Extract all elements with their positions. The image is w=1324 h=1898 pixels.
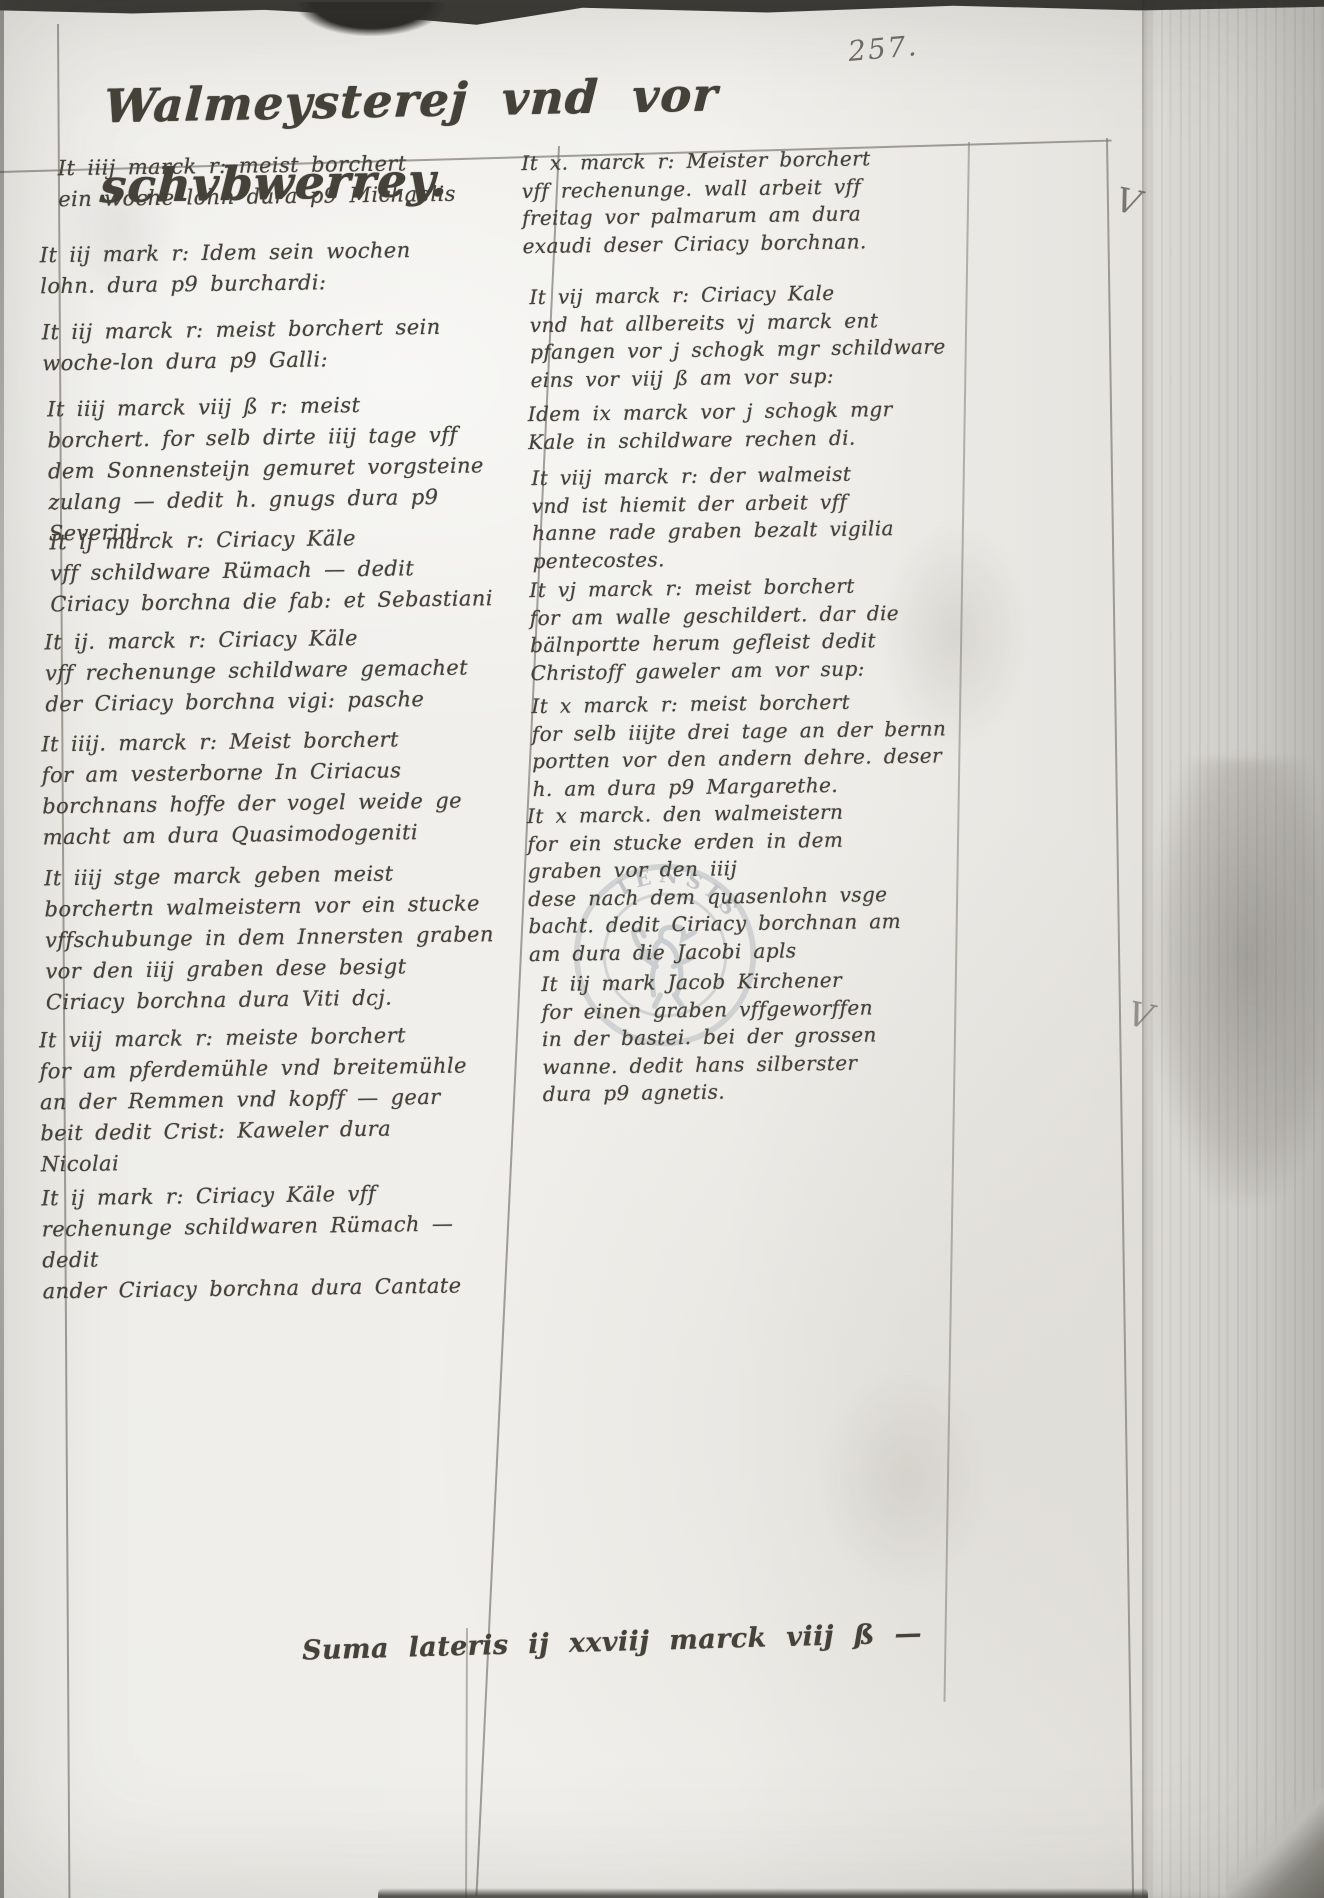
account-entry: It x marck. den walmeistern for ein stuc… xyxy=(527,797,979,968)
account-entry: It x marck r: meist borchert for selb ii… xyxy=(531,687,982,803)
margin-checkmark: V xyxy=(1112,180,1144,224)
account-entry: It ij marck r: Ciriacy Käle vff schildwa… xyxy=(49,521,530,621)
account-entry: It iiij marck r: meist borchert ein woch… xyxy=(58,147,529,216)
scan-top-edge-bump xyxy=(296,2,446,36)
account-entry: It viij marck r: der walmeist vnd ist hi… xyxy=(531,459,982,575)
manuscript-page-scan: IENSIS 257. Walmeysterej vnd vor schvbwe… xyxy=(0,0,1324,1898)
summary-line: Suma lateris ij xxviij marck viij ß — xyxy=(302,1613,983,1672)
scan-top-edge xyxy=(0,0,1324,26)
account-entry: It x. marck r: Meister borchert vff rech… xyxy=(521,144,972,260)
account-entry: It iij mark Jacob Kirchener for einen gr… xyxy=(541,965,983,1109)
column-divider-rule-stub xyxy=(465,1628,468,1898)
account-entry: It viij marck r: meiste borchert for am … xyxy=(39,1019,531,1181)
paper-stain xyxy=(820,1370,990,1590)
fore-edge-stain xyxy=(1152,760,1324,1200)
account-entry: It iij mark r: Idem sein wochen lohn. du… xyxy=(40,234,511,303)
account-entry: It ij mark r: Ciriacy Käle vff rechenung… xyxy=(41,1177,523,1308)
account-entry: It vj marck r: meist borchert for am wal… xyxy=(529,571,980,687)
account-entry: It iiij stge marck geben meist borchertn… xyxy=(44,857,536,1019)
scan-bottom-edge xyxy=(378,1888,1148,1898)
page-corner-curl xyxy=(1226,1788,1324,1898)
account-entry: It iiij. marck r: Meist borchert for am … xyxy=(41,723,523,854)
account-entry: It iij marck r: meist borchert sein woch… xyxy=(42,311,523,380)
account-entry: Idem ix marck vor j schogk mgr Kale in s… xyxy=(528,395,979,456)
account-entry: It vij marck r: Ciriacy Kale vnd hat all… xyxy=(529,278,980,394)
scan-left-edge xyxy=(0,0,4,1898)
account-entry: It ij. marck r: Ciriacy Käle vff rechenu… xyxy=(44,621,525,721)
